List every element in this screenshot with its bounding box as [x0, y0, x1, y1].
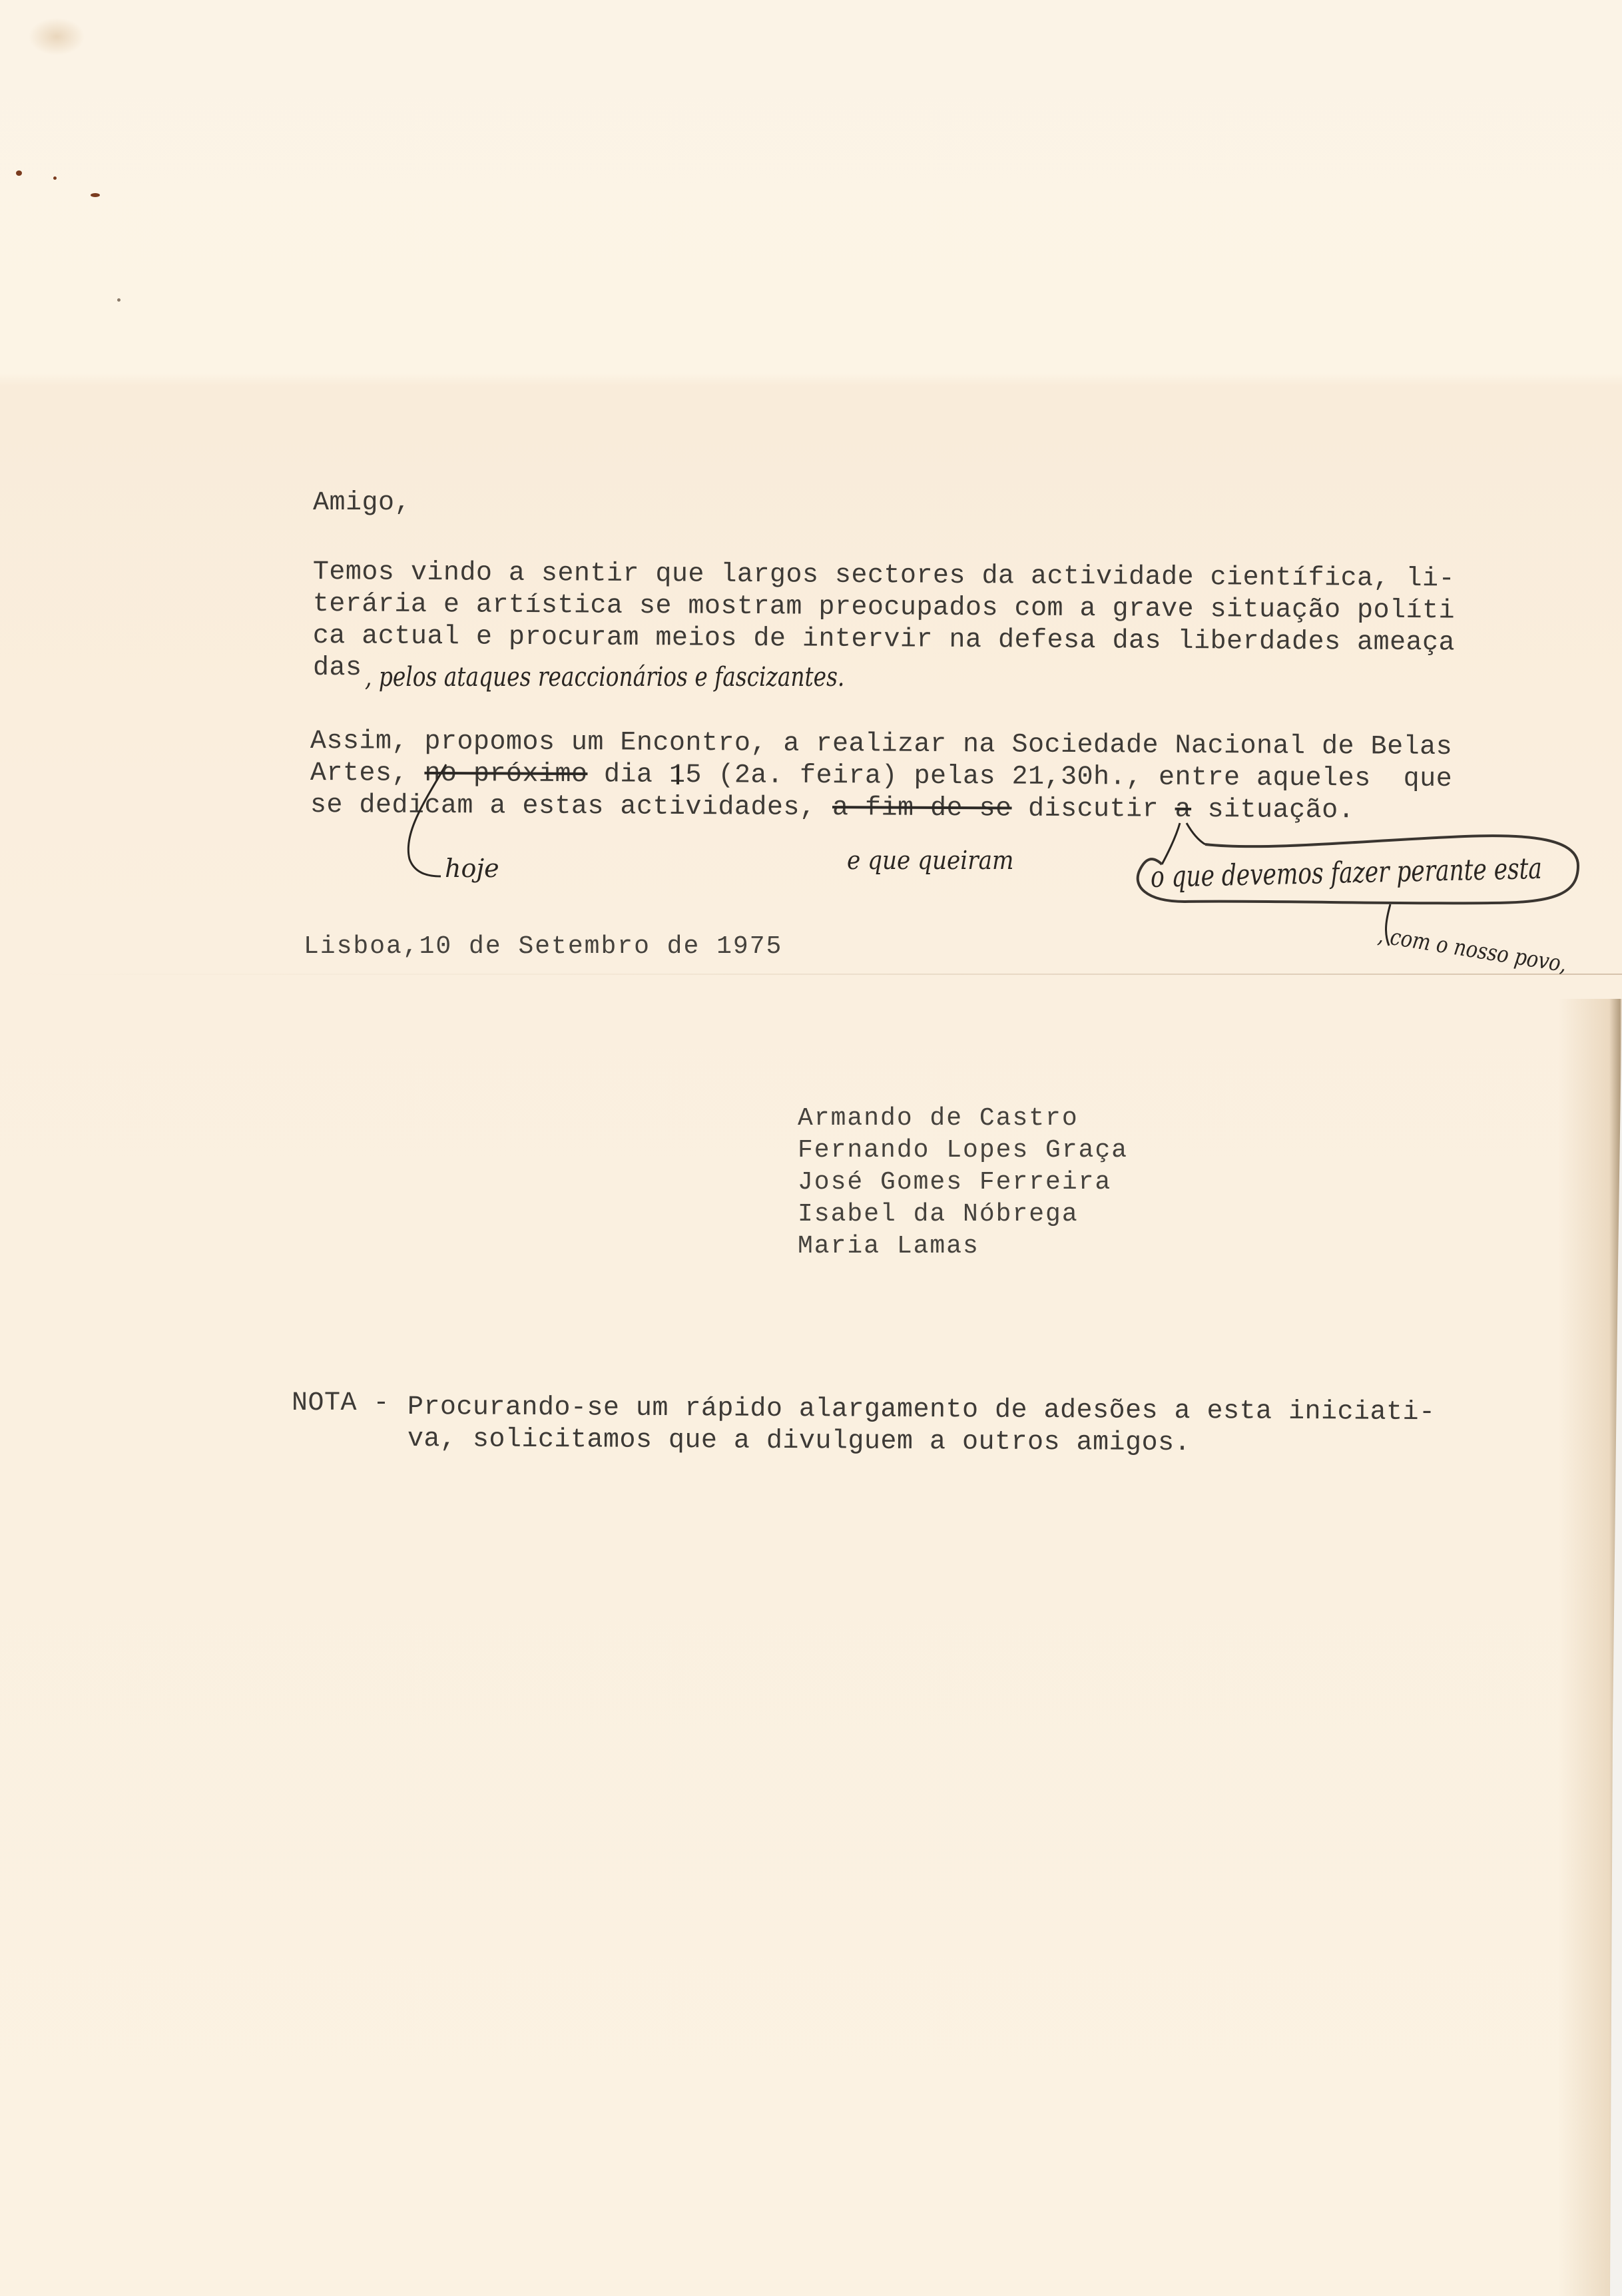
signatory-name: Maria Lamas	[798, 1231, 979, 1263]
date-line: Lisboa,10 de Setembro de 1975	[304, 931, 782, 963]
typed-text: discutir	[1011, 794, 1175, 825]
typed-text: dia 15 (2a. feira) pelas 21,30h., entre …	[587, 760, 1452, 794]
struck-text-no-proximo: no próximo	[424, 759, 587, 790]
ink-speck	[117, 298, 121, 302]
paragraph-1-line: das	[313, 653, 362, 685]
salutation: Amigo,	[313, 487, 411, 519]
signatory-name: José Gomes Ferreira	[798, 1167, 1111, 1199]
note-label: NOTA -	[292, 1388, 390, 1420]
paper-fold-line	[0, 974, 1622, 975]
note-line: Procurando-se um rápido alargamento de a…	[407, 1392, 1436, 1429]
struck-text-a-fim-de-se: a fim de se	[832, 793, 1012, 824]
signatory-name: Armando de Castro	[798, 1103, 1079, 1135]
paragraph-2-line: se dedicam a estas actividades, a fim de…	[310, 790, 1355, 827]
ink-speck	[16, 170, 22, 176]
handwritten-note-hoje: hoje	[445, 854, 499, 883]
struck-text-a: a	[1175, 795, 1191, 825]
signatory-name: Isabel da Nóbrega	[798, 1199, 1079, 1231]
handwritten-insert-pelos-ataques: , pelos ataques reaccionários e fascizan…	[365, 662, 844, 693]
typed-text: Artes,	[310, 758, 425, 789]
ink-speck	[91, 193, 100, 197]
note-line: va, solicitamos que a divulguem a outros…	[407, 1424, 1191, 1460]
ink-speck	[53, 176, 57, 180]
handwritten-note-e-que-queiram: e que queiram	[847, 846, 1013, 875]
paper-edge-shadow	[1558, 999, 1622, 2296]
typed-text: se dedicam a estas actividades,	[310, 790, 832, 823]
typed-text: situação.	[1191, 795, 1354, 826]
signatory-name: Fernando Lopes Graça	[798, 1135, 1128, 1167]
